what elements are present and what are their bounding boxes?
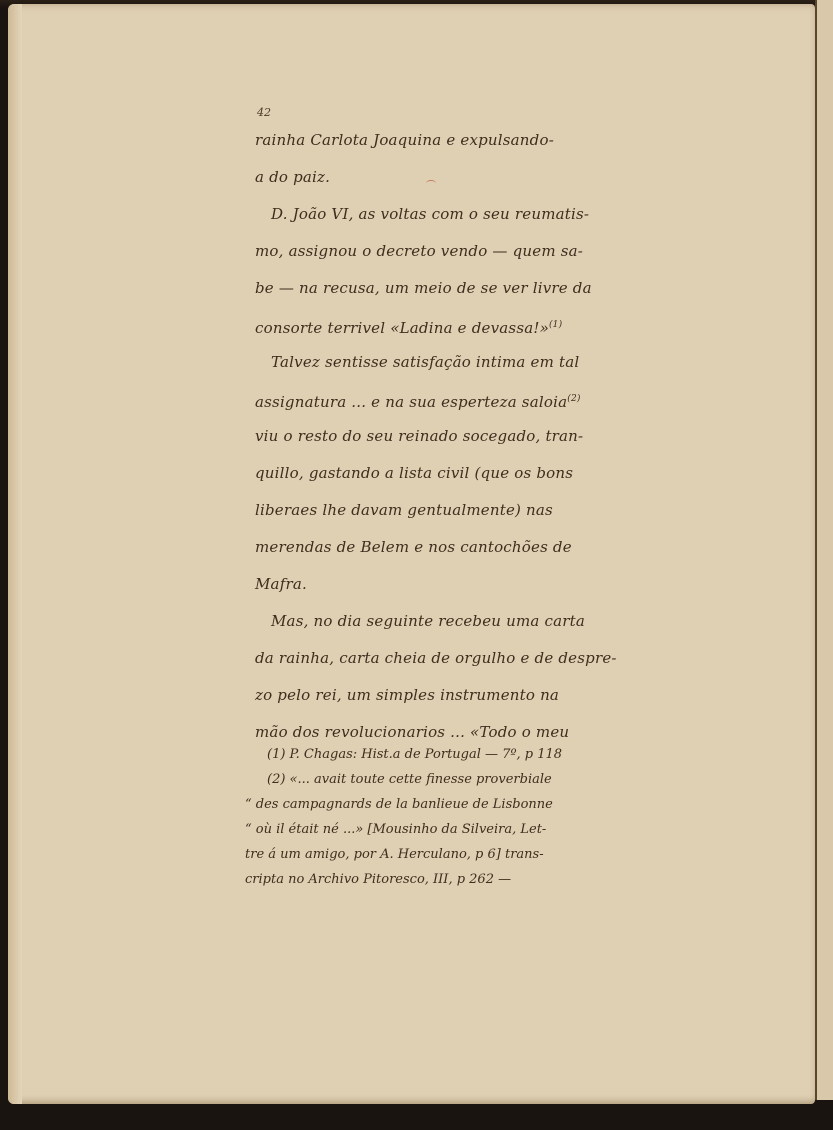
body-line: rainha Carlota Joaquina e expulsando- [255,122,715,159]
body-line: mo, assignou o decreto vendo — quem sa- [255,233,715,270]
footnotes-section: (1) P. Chagas: Hist.a de Portugal — 7º, … [245,742,715,892]
body-line-with-footnote: assignatura ... e na sua esperteza saloi… [255,381,715,418]
footnote: (2) «... avait toute cette finesse prove… [245,767,715,792]
footnote: “ des campagnards de la banlieue de Lisb… [245,792,715,817]
body-line-text: assignatura ... e na sua esperteza saloi… [255,393,567,411]
body-line-with-footnote: consorte terrivel «Ladina e devassa!»(1) [255,307,715,344]
body-line: Talvez sentisse satisfação intima em tal [255,344,715,381]
body-line: be — na recusa, um meio de se ver livre … [255,270,715,307]
page-deckle-edge [8,4,22,1104]
body-line: liberaes lhe davam gentualmente) nas [255,492,715,529]
footnote-marker: (2) [567,394,580,404]
body-line: da rainha, carta cheia de orgulho e de d… [255,640,715,677]
footnote: tre á um amigo, por A. Herculano, p 6] t… [245,842,715,867]
body-line: D. João VI, as voltas com o seu reumatis… [255,196,715,233]
footnote: (1) P. Chagas: Hist.a de Portugal — 7º, … [245,742,715,767]
footnote-marker: (1) [549,320,562,330]
body-line: a do paiz. [255,159,715,196]
body-line: viu o resto do seu reinado socegado, tra… [255,418,715,455]
footnote: “ où il était né ...» [Mousinho da Silve… [245,817,715,842]
footnote: cripta no Archivo Pitoresco, III, p 262 … [245,867,715,892]
body-line: Mas, no dia seguinte recebeu uma carta [255,603,715,640]
body-line: merendas de Belem e nos cantochões de [255,529,715,566]
body-line: zo pelo rei, um simples instrumento na [255,677,715,714]
manuscript-body: rainha Carlota Joaquina e expulsando- a … [255,122,715,751]
page-number: 42 [257,106,271,119]
body-line-text: consorte terrivel «Ladina e devassa!» [255,319,549,337]
body-line: quillo, gastando a lista civil (que os b… [255,455,715,492]
body-line: Mafra. [255,566,715,603]
adjacent-page-edge [815,0,833,1100]
